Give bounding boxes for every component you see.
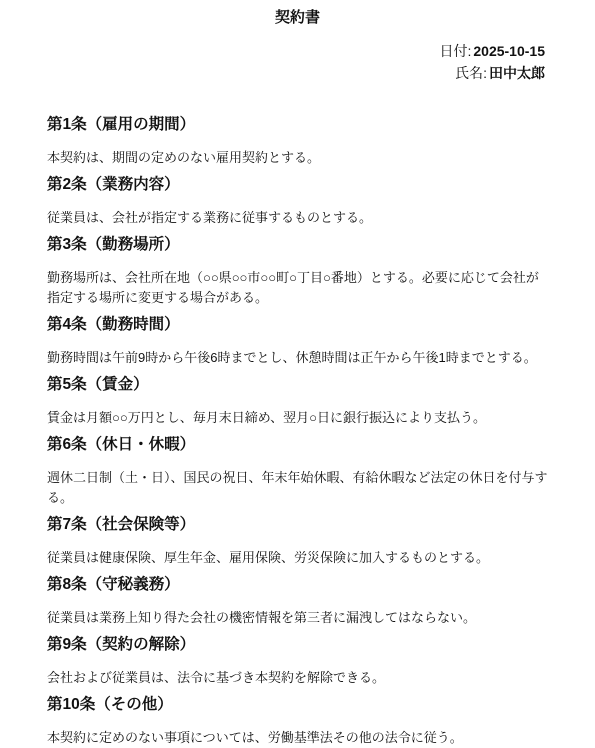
name-label: 氏名: [455, 65, 487, 81]
article-heading: 第2条（業務内容） [47, 175, 550, 195]
contract-document-page: 契約書 日付:2025-10-15 氏名:田中太郎 第1条（雇用の期間） 本契約… [0, 0, 595, 748]
name-row: 氏名:田中太郎 [0, 62, 545, 84]
articles: 第1条（雇用の期間） 本契約は、期間の定めのない雇用契約とする。 第2条（業務内… [0, 115, 595, 748]
article-heading: 第5条（賃金） [47, 375, 550, 395]
article-body: 勤務時間は午前9時から午後6時までとし、休憩時間は正午から午後1時までとする。 [47, 348, 550, 368]
date-row: 日付:2025-10-15 [0, 40, 545, 62]
article-body: 賃金は月額○○万円とし、毎月末日締め、翌月○日に銀行振込により支払う。 [47, 408, 550, 428]
article-heading: 第6条（休日・休暇） [47, 435, 550, 455]
date-value: 2025-10-15 [473, 43, 545, 59]
document-title: 契約書 [0, 9, 595, 27]
article-heading: 第4条（勤務時間） [47, 315, 550, 335]
article-body: 従業員は、会社が指定する業務に従事するものとする。 [47, 208, 550, 228]
article-heading: 第7条（社会保険等） [47, 515, 550, 535]
article-body: 従業員は健康保険、厚生年金、雇用保険、労災保険に加入するものとする。 [47, 548, 550, 568]
article-heading: 第8条（守秘義務） [47, 575, 550, 595]
article-body: 会社および従業員は、法令に基づき本契約を解除できる。 [47, 668, 550, 688]
article-heading: 第9条（契約の解除） [47, 635, 550, 655]
article-heading: 第3条（勤務場所） [47, 235, 550, 255]
name-value: 田中太郎 [489, 65, 545, 81]
contract-article: 第6条（休日・休暇） 週休二日制（土・日）、国民の祝日、年末年始休暇、有給休暇な… [47, 435, 550, 508]
contract-article: 第1条（雇用の期間） 本契約は、期間の定めのない雇用契約とする。 [47, 115, 550, 168]
date-label: 日付: [439, 43, 471, 59]
document-meta: 日付:2025-10-15 氏名:田中太郎 [0, 40, 595, 84]
contract-article: 第8条（守秘義務） 従業員は業務上知り得た会社の機密情報を第三者に漏洩してはなら… [47, 575, 550, 628]
article-body: 本契約に定めのない事項については、労働基準法その他の法令に従う。 [47, 728, 550, 748]
article-body: 週休二日制（土・日）、国民の祝日、年末年始休暇、有給休暇など法定の休日を付与する… [47, 468, 550, 508]
contract-article: 第7条（社会保険等） 従業員は健康保険、厚生年金、雇用保険、労災保険に加入するも… [47, 515, 550, 568]
contract-article: 第4条（勤務時間） 勤務時間は午前9時から午後6時までとし、休憩時間は正午から午… [47, 315, 550, 368]
article-body: 本契約は、期間の定めのない雇用契約とする。 [47, 148, 550, 168]
contract-article: 第2条（業務内容） 従業員は、会社が指定する業務に従事するものとする。 [47, 175, 550, 228]
contract-article: 第3条（勤務場所） 勤務場所は、会社所在地（○○県○○市○○町○丁目○番地）とす… [47, 235, 550, 308]
article-body: 従業員は業務上知り得た会社の機密情報を第三者に漏洩してはならない。 [47, 608, 550, 628]
article-heading: 第10条（その他） [47, 695, 550, 715]
contract-article: 第10条（その他） 本契約に定めのない事項については、労働基準法その他の法令に従… [47, 695, 550, 748]
article-body: 勤務場所は、会社所在地（○○県○○市○○町○丁目○番地）とする。必要に応じて会社… [47, 268, 550, 308]
contract-article: 第9条（契約の解除） 会社および従業員は、法令に基づき本契約を解除できる。 [47, 635, 550, 688]
article-heading: 第1条（雇用の期間） [47, 115, 550, 135]
contract-article: 第5条（賃金） 賃金は月額○○万円とし、毎月末日締め、翌月○日に銀行振込により支… [47, 375, 550, 428]
